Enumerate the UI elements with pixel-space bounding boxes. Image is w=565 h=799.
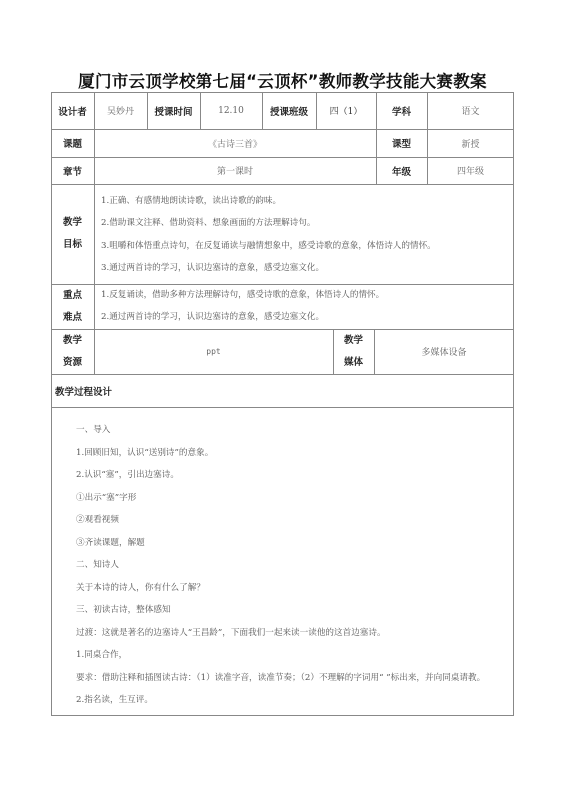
key-points-label-line2: 难点	[63, 307, 82, 329]
designer-label: 设计者	[51, 92, 94, 129]
process-heading: 教学过程设计	[55, 384, 112, 398]
media-label-line2: 媒体	[344, 352, 363, 374]
process-line: 1.回顾旧知，认识“送别诗”的意象。	[55, 442, 507, 465]
grade-value: 四年级	[427, 157, 514, 184]
topic-value: 《古诗三首》	[94, 129, 376, 157]
key-points-label: 重点 难点	[51, 284, 94, 329]
designer-value: 吴妙丹	[94, 92, 147, 129]
media-value: 多媒体设备	[374, 329, 514, 374]
lesson-plan-table: 设计者 吴妙丹 授课时间 12.10 授课班级 四（1） 学科 语文 课题 《古…	[51, 92, 514, 716]
objectives-label: 教学 目标	[51, 184, 94, 284]
row-divider	[51, 407, 514, 408]
process-line: 过渡：这就是著名的边塞诗人“王昌龄”，下面我们一起来读一读他的这首边塞诗。	[55, 622, 507, 645]
class-label: 授课班级	[262, 92, 316, 129]
chapter-value: 第一课时	[94, 157, 376, 184]
objectives-label-line1: 教学	[63, 212, 82, 234]
topic-label: 课题	[51, 129, 94, 157]
key-points-list: 1.反复诵读，借助多种方法理解诗句，感受诗歌的意象，体悟诗人的情怀。 2.通过两…	[101, 284, 384, 329]
media-label: 教学 媒体	[333, 329, 374, 374]
process-line: 关于本诗的诗人，你有什么了解？	[55, 577, 507, 600]
resources-label: 教学 资源	[51, 329, 94, 374]
key-point-item: 1.反复诵读，借助多种方法理解诗句，感受诗歌的意象，体悟诗人的情怀。	[101, 284, 384, 306]
lesson-type-value: 新授	[427, 129, 514, 157]
process-line: ③齐读课题，解题	[55, 532, 507, 555]
key-points-label-line1: 重点	[63, 285, 82, 307]
process-line: 2.指名读，生互评。	[55, 689, 507, 712]
teaching-time-label: 授课时间	[147, 92, 200, 129]
objectives-list: 1.正确、有感情地朗读诗歌，读出诗歌的韵味。 2.借助课文注释、借助资料、想象画…	[101, 190, 436, 279]
process-line: 二、知诗人	[55, 554, 507, 577]
teaching-time-value: 12.10	[200, 92, 262, 129]
grade-label: 年级	[376, 157, 427, 184]
resources-label-line2: 资源	[63, 352, 82, 374]
media-label-line1: 教学	[344, 330, 363, 352]
lesson-type-label: 课型	[376, 129, 427, 157]
process-line: 要求：借助注释和插图读古诗：（1）读准字音，读准节奏；（2）不理解的字词用“ ”…	[55, 667, 507, 690]
process-line: 2.认识“塞”，引出边塞诗。	[55, 464, 507, 487]
process-content: 一、导入 1.回顾旧知，认识“送别诗”的意象。 2.认识“塞”，引出边塞诗。 ①…	[55, 419, 507, 712]
process-line: 三、初读古诗，整体感知	[55, 599, 507, 622]
key-point-item: 2.通过两首诗的学习，认识边塞诗的意象，感受边塞文化。	[101, 306, 384, 328]
process-line: ②观看视频	[55, 509, 507, 532]
subject-label: 学科	[376, 92, 427, 129]
chapter-label: 章节	[51, 157, 94, 184]
row-divider	[51, 184, 514, 185]
process-line: 一、导入	[55, 419, 507, 442]
table-border-bottom	[51, 715, 514, 716]
subject-value: 语文	[427, 92, 514, 129]
objective-item: 3.通过两首诗的学习，认识边塞诗的意象，感受边塞文化。	[101, 257, 436, 279]
row-divider	[51, 374, 514, 375]
objective-item: 2.借助课文注释、借助资料、想象画面的方法理解诗句。	[101, 212, 436, 234]
objective-item: 3.咀嚼和体悟重点诗句，在反复诵读与融情想象中，感受诗歌的意象，体悟诗人的情怀。	[101, 235, 436, 257]
objective-item: 1.正确、有感情地朗读诗歌，读出诗歌的韵味。	[101, 190, 436, 212]
table-border-right	[513, 92, 514, 716]
resources-label-line1: 教学	[63, 330, 82, 352]
resources-value: ppt	[94, 329, 333, 374]
class-value: 四（1）	[316, 92, 376, 129]
process-line: 1.同桌合作，	[55, 644, 507, 667]
objectives-label-line2: 目标	[63, 234, 82, 256]
document-title: 厦门市云顶学校第七届“云顶杯”教师教学技能大赛教案	[0, 68, 565, 92]
process-line: ①出示“塞”字形	[55, 487, 507, 510]
